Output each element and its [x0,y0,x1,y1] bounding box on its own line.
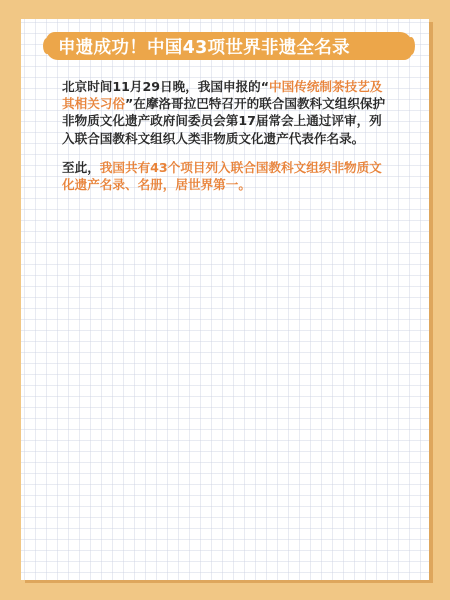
article-body: 北京时间11月29日晚，我国申报的“中国传统制茶技艺及其相关习俗”在摩洛哥拉巴特… [62,78,392,205]
page-title: 申遗成功！中国43项世界非遗全名录 [58,34,350,59]
paragraph-2: 至此，我国共有43个项目列入联合国教科文组织非物质文化遗产名录、名册，居世界第一… [62,159,392,193]
paragraph-1-text-a: 北京时间11月29日晚，我国申报的“ [62,79,269,94]
paragraph-2-text-a: 至此， [62,160,100,175]
grid-paper-card: 申遗成功！中国43项世界非遗全名录 北京时间11月29日晚，我国申报的“中国传统… [21,19,429,580]
paragraph-2-highlight: 我国共有43个项目列入联合国教科文组织非物质文化遗产名录、名册，居世界第一。 [62,160,382,192]
paragraph-1: 北京时间11月29日晚，我国申报的“中国传统制茶技艺及其相关习俗”在摩洛哥拉巴特… [62,78,392,147]
title-banner: 申遗成功！中国43项世界非遗全名录 [46,32,412,60]
